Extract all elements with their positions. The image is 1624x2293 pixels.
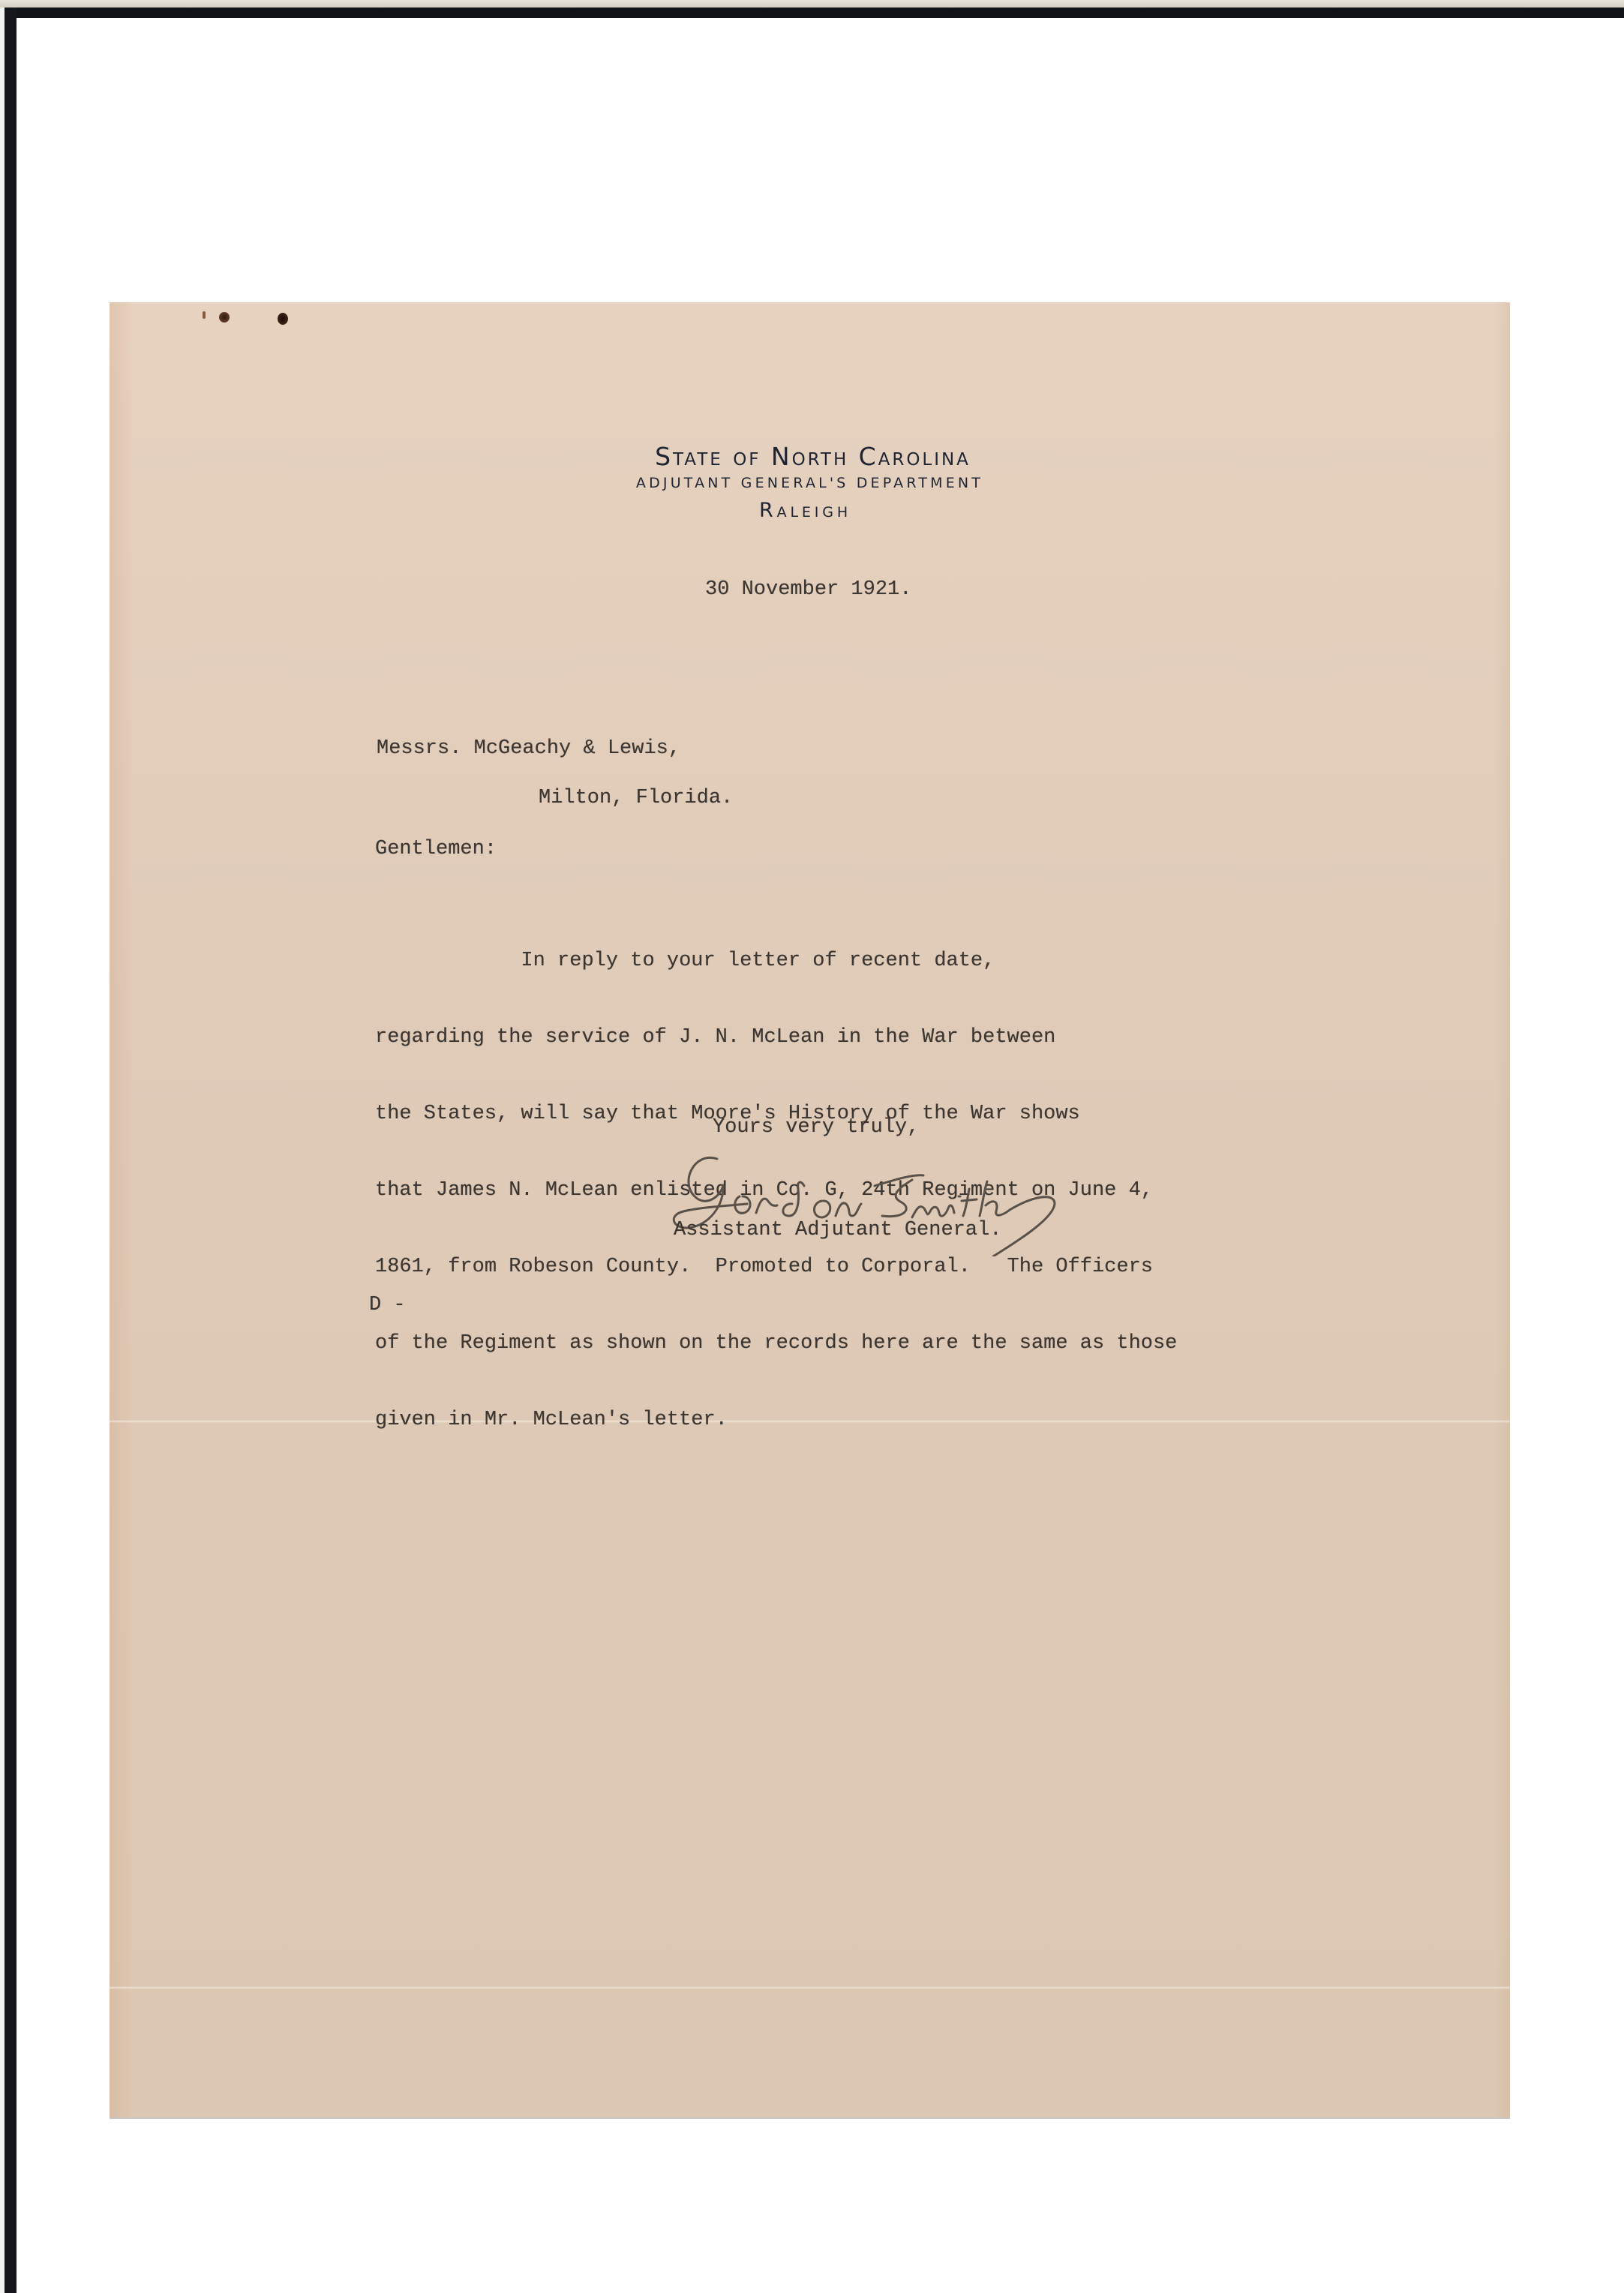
typist-initials: D -	[369, 1292, 406, 1318]
letterhead-city: Raleigh	[105, 499, 1505, 522]
body-line: In reply to your letter of recent date,	[375, 948, 1177, 974]
letterhead-department: Adjutant General's Department	[110, 475, 1510, 491]
greeting: Gentlemen:	[375, 836, 497, 862]
stain-mark	[203, 311, 206, 319]
recipient-place: Milton, Florida.	[539, 785, 733, 811]
scan-top-shadow	[5, 8, 1624, 18]
scan-left-shadow	[5, 8, 17, 2293]
signer-title: Assistant Adjutant General.	[674, 1217, 1001, 1243]
fold-crease	[110, 1986, 1510, 1989]
letterhead-state: State of North Carolina	[113, 442, 1513, 471]
body-line: given in Mr. McLean's letter.	[375, 1407, 1177, 1433]
body-line: regarding the service of J. N. McLean in…	[375, 1025, 1177, 1050]
closing: Yours very truly,	[713, 1115, 919, 1140]
staple-hole-mark	[278, 313, 288, 325]
scan-top-edge	[0, 0, 1624, 8]
letter-paper: State of North Carolina Adjutant General…	[110, 302, 1510, 2117]
recipient-name: Messrs. McGeachy & Lewis,	[377, 736, 680, 761]
body-line: 1861, from Robeson County. Promoted to C…	[375, 1254, 1177, 1280]
body-line: of the Regiment as shown on the records …	[375, 1331, 1177, 1356]
staple-hole-mark	[219, 312, 230, 323]
letter-date: 30 November 1921.	[705, 577, 911, 602]
